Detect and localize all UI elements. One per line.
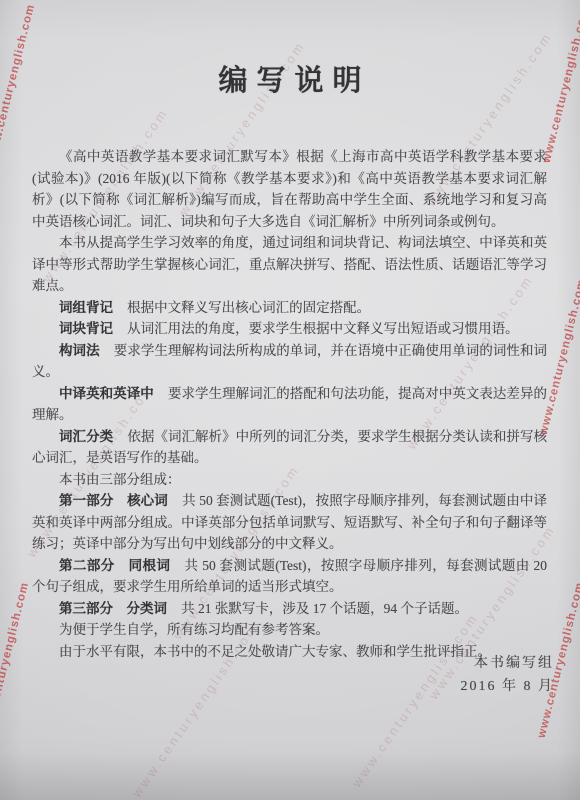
paragraph-lead: 词汇分类 <box>59 429 113 444</box>
paragraph: 词汇分类依据《词汇解析》中所列的词汇分类，要求学生根据分类认读和拼写核心词汇，是… <box>32 426 547 469</box>
paragraph-text: 为便于学生自学，所有练习均配有参考答案。 <box>59 622 329 637</box>
signature-block: 本书编写组 2016 年 8 月 <box>461 652 555 698</box>
paragraph: 第二部分 同根词共 50 套测试题(Test)，按照字母顺序排列，每套测试题由 … <box>32 555 547 598</box>
paragraph: 第三部分 分类词共 21 张默写卡，涉及 17 个话题，94 个子话题。 <box>32 598 547 620</box>
paragraph: 词块背记从词汇用法的角度，要求学生根据中文释义写出短语或习惯用语。 <box>32 318 547 340</box>
paragraph: 本书从提高学生学习效率的角度，通过词组和词块背记、构词法填空、中译英和英译中等形… <box>32 232 547 297</box>
page-title: 编写说明 <box>0 58 580 99</box>
paragraph-lead: 词块背记 <box>59 321 113 336</box>
paragraph-text: 本书从提高学生学习效率的角度，通过词组和词块背记、构词法填空、中译英和英译中等形… <box>32 235 547 293</box>
paragraph-text: 要求学生理解构词法所构成的单词，并在语境中正确使用单词的词性和词义。 <box>32 343 547 380</box>
paragraph: 为便于学生自学，所有练习均配有参考答案。 <box>32 619 547 641</box>
watermark-text-red: www.centuryenglish.com <box>0 581 31 739</box>
paragraph-lead: 中译英和英译中 <box>59 386 154 401</box>
paragraph-text: 本书由三部分组成： <box>59 472 181 487</box>
paragraph: 第一部分 核心词共 50 套测试题(Test)，按照字母顺序排列，每套测试题由中… <box>32 490 547 555</box>
document-body: 《高中英语教学基本要求词汇默写本》根据《上海市高中英语学科教学基本要求(试验本)… <box>32 146 547 662</box>
paragraph-text: 根据中文释义写出核心词汇的固定搭配。 <box>127 300 370 315</box>
paragraph: 构词法要求学生理解构词法所构成的单词，并在语境中正确使用单词的词性和词义。 <box>32 340 547 383</box>
paragraph-lead: 构词法 <box>59 343 100 358</box>
paragraph: 词组背记根据中文释义写出核心词汇的固定搭配。 <box>32 297 547 319</box>
scanned-page: { "document": { "title": "编写说明", "paragr… <box>0 0 580 800</box>
paragraph-lead: 第三部分 分类词 <box>59 601 167 616</box>
paragraph-text: 《高中英语教学基本要求词汇默写本》根据《上海市高中英语学科教学基本要求(试验本)… <box>32 149 547 229</box>
paragraph-lead: 第二部分 同根词 <box>59 558 170 573</box>
paragraph-text: 从词汇用法的角度，要求学生根据中文释义写出短语或习惯用语。 <box>127 321 519 336</box>
signature-author: 本书编写组 <box>461 652 555 675</box>
paragraph-lead: 词组背记 <box>59 300 113 315</box>
paragraph-text: 共 21 张默写卡，涉及 17 个话题，94 个子话题。 <box>181 601 468 616</box>
paragraph: 中译英和英译中要求学生理解词汇的搭配和句法功能，提高对中英文表达差异的理解。 <box>32 383 547 426</box>
paragraph: 《高中英语教学基本要求词汇默写本》根据《上海市高中英语学科教学基本要求(试验本)… <box>32 146 547 232</box>
paragraph: 本书由三部分组成： <box>32 469 547 491</box>
paragraph-text: 由于水平有限，本书中的不足之处敬请广大专家、教师和学生批评指正。 <box>59 644 491 659</box>
paragraph-lead: 第一部分 核心词 <box>59 493 168 508</box>
signature-date: 2016 年 8 月 <box>461 675 555 698</box>
